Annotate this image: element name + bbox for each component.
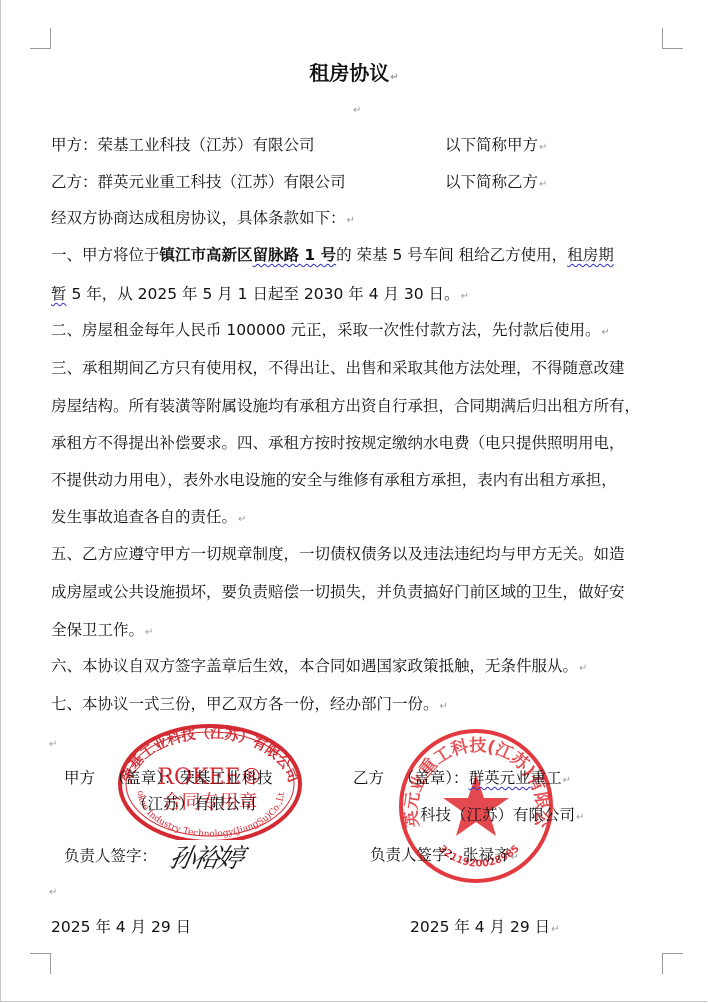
party-a-name-line2: （江苏）有限公司 bbox=[132, 794, 256, 814]
clause-3-line: 承租方不得提出补偿要求。四、承租方按时按规定缴纳水电费（电只提供照明用电， bbox=[51, 433, 625, 453]
party-a-signer-label: 负责人签字： bbox=[64, 846, 157, 866]
party-b-date: 2025 年 4 月 29 日↵ bbox=[410, 917, 560, 940]
clause-3-line-last: 发生事故追查各自的责任。↵ bbox=[51, 507, 246, 530]
party-b-name-line2-text: 科技（江苏）有限公司 bbox=[420, 806, 575, 824]
margin-corner-bottom-right bbox=[662, 953, 683, 974]
party-a-seal-label: （盖章）：荣基工业科技 bbox=[110, 769, 273, 787]
paragraph-mark-icon: ↵ bbox=[579, 663, 587, 674]
title-text: 租房协议 bbox=[309, 61, 389, 85]
clause-6-text: 六、本协议自双方签字盖章后生效，本合同如遇国家政策抵触，无条件服从。 bbox=[51, 657, 578, 675]
party-b-sign-label: 乙方 bbox=[353, 769, 384, 787]
clause-3-line: 不提供动力用电），表外水电设施的安全与维修有承租方承担，表内有出租方承担， bbox=[51, 470, 617, 490]
clause-1-dates: 5 年，从 2025 年 5 月 1 日起至 2030 年 4 月 30 日。 bbox=[67, 285, 460, 303]
clause-5-line: 成房屋或公共设施损坏，要负责赔偿一切损失，并负责搞好门前区域的卫生，做好安 bbox=[51, 582, 625, 602]
party-b-seal-label: （盖章）： bbox=[399, 769, 469, 787]
clause-1-address: 镇江市高新区 bbox=[160, 246, 253, 264]
clause-1-post: 的 荣基 5 号车间 租给乙方使用， bbox=[336, 246, 567, 264]
empty-paragraph: ↵ bbox=[48, 880, 57, 903]
party-b-alias-text: 以下简称乙方 bbox=[445, 173, 538, 191]
clause-3-last-text: 发生事故追查各自的责任。 bbox=[51, 508, 237, 526]
clause-5-line-last: 全保卫工作。↵ bbox=[51, 620, 153, 643]
paragraph-mark-icon: ↵ bbox=[390, 72, 398, 83]
clause-1-pre: 一、甲方将位于 bbox=[51, 246, 160, 264]
party-b-signer-name: 张禄齐 bbox=[463, 846, 510, 864]
clause-7: 七、本协议一式三份，甲乙双方各一份，经办部门一份。↵ bbox=[51, 694, 448, 717]
party-a-seal-line: 甲方 （盖章）：荣基工业科技 bbox=[64, 768, 273, 788]
paragraph-mark-icon: ↵ bbox=[461, 291, 469, 302]
party-b-name: 群英元业重工科技（江苏）有限公司 bbox=[98, 173, 346, 191]
party-b-name-rest: 重工 bbox=[531, 769, 562, 787]
party-a-date: 2025 年 4 月 29 日 bbox=[51, 917, 191, 937]
clause-7-text: 七、本协议一式三份，甲乙双方各一份，经办部门一份。 bbox=[51, 695, 439, 713]
clause-3-line: 三、承租期间乙方只有使用权，不得出让、出售和采取其他方法处理，不得随意改建 bbox=[51, 358, 625, 378]
party-b-signer-label: 负责人签字： bbox=[370, 846, 463, 864]
paragraph-mark-icon: ↵ bbox=[440, 701, 448, 712]
paragraph-mark-icon: ↵ bbox=[49, 887, 57, 898]
paragraph-mark-icon: ↵ bbox=[539, 179, 547, 190]
party-a-alias-text: 以下简称甲方 bbox=[445, 136, 538, 154]
party-a-label: 甲方： bbox=[51, 136, 98, 154]
paragraph-mark-icon: ↵ bbox=[602, 327, 610, 338]
party-b-seal-line: 乙方 （盖章）：群英元业重工↵ bbox=[353, 768, 571, 791]
party-b-name-part: 群英元业 bbox=[469, 769, 531, 787]
clause-2: 二、房屋租金每年人民币 100000 元正，采取一次性付款方法，先付款后使用。↵ bbox=[51, 320, 610, 343]
paragraph-mark-icon: ↵ bbox=[238, 514, 246, 525]
paragraph-mark-icon: ↵ bbox=[563, 775, 571, 786]
paragraph-mark-icon: ↵ bbox=[145, 627, 153, 638]
margin-corner-bottom-left bbox=[30, 953, 51, 974]
clause-6: 六、本协议自双方签字盖章后生效，本合同如遇国家政策抵触，无条件服从。↵ bbox=[51, 656, 587, 679]
clause-1-line-1: 一、甲方将位于镇江市高新区留脉路 1 号的 荣基 5 号车间 租给乙方使用，租房… bbox=[51, 245, 614, 265]
clause-5-last-text: 全保卫工作。 bbox=[51, 621, 144, 639]
intro-line: 经双方协商达成租房协议，具体条款如下：↵ bbox=[51, 208, 355, 231]
paragraph-mark-icon: ↵ bbox=[539, 142, 547, 153]
clause-1-address-road: 留脉路 1 号 bbox=[253, 246, 337, 264]
clause-1-term: 租房期 bbox=[567, 246, 614, 264]
empty-paragraph: ↵ bbox=[352, 98, 361, 121]
clause-1-term-char: 暂 bbox=[51, 285, 67, 303]
paragraph-mark-icon: ↵ bbox=[353, 105, 361, 116]
party-a-name: 荣基工业科技（江苏）有限公司 bbox=[98, 136, 315, 154]
party-b-label: 乙方： bbox=[51, 173, 98, 191]
party-b-line: 乙方：群英元业重工科技（江苏）有限公司 bbox=[51, 172, 346, 192]
party-a-alias: 以下简称甲方↵ bbox=[445, 135, 547, 158]
party-a-signature: 孙裕婷 bbox=[167, 838, 246, 875]
paragraph-mark-icon: ↵ bbox=[511, 852, 519, 863]
margin-corner-top-right bbox=[662, 28, 683, 49]
clause-2-text: 二、房屋租金每年人民币 100000 元正，采取一次性付款方法，先付款后使用。 bbox=[51, 321, 601, 339]
document-title: 租房协议↵ bbox=[0, 57, 708, 86]
paragraph-mark-icon: ↵ bbox=[576, 812, 584, 823]
intro-text: 经双方协商达成租房协议，具体条款如下： bbox=[51, 209, 346, 227]
party-b-date-text: 2025 年 4 月 29 日 bbox=[410, 918, 550, 936]
party-b-signer-line: 负责人签字：张禄齐↵ bbox=[370, 845, 519, 868]
clause-3-line: 房屋结构。所有装潢等附属设施均有承租方出资自行承担，合同期满后归出租方所有， bbox=[51, 396, 640, 416]
party-a-line: 甲方：荣基工业科技（江苏）有限公司 bbox=[51, 135, 315, 155]
paragraph-mark-icon: ↵ bbox=[49, 739, 57, 750]
empty-paragraph: ↵ bbox=[48, 732, 57, 755]
party-a-sign-label: 甲方 bbox=[64, 769, 95, 787]
paragraph-mark-icon: ↵ bbox=[551, 924, 559, 935]
clause-1-line-2: 暂 5 年，从 2025 年 5 月 1 日起至 2030 年 4 月 30 日… bbox=[51, 284, 469, 307]
clause-5-line: 五、乙方应遵守甲方一切规章制度，一切债权债务以及违法违纪均与甲方无关。如造 bbox=[51, 544, 625, 564]
party-b-alias: 以下简称乙方↵ bbox=[445, 172, 547, 195]
paragraph-mark-icon: ↵ bbox=[347, 215, 355, 226]
party-b-name-line2: 科技（江苏）有限公司↵ bbox=[420, 805, 584, 828]
margin-corner-top-left bbox=[30, 28, 51, 49]
